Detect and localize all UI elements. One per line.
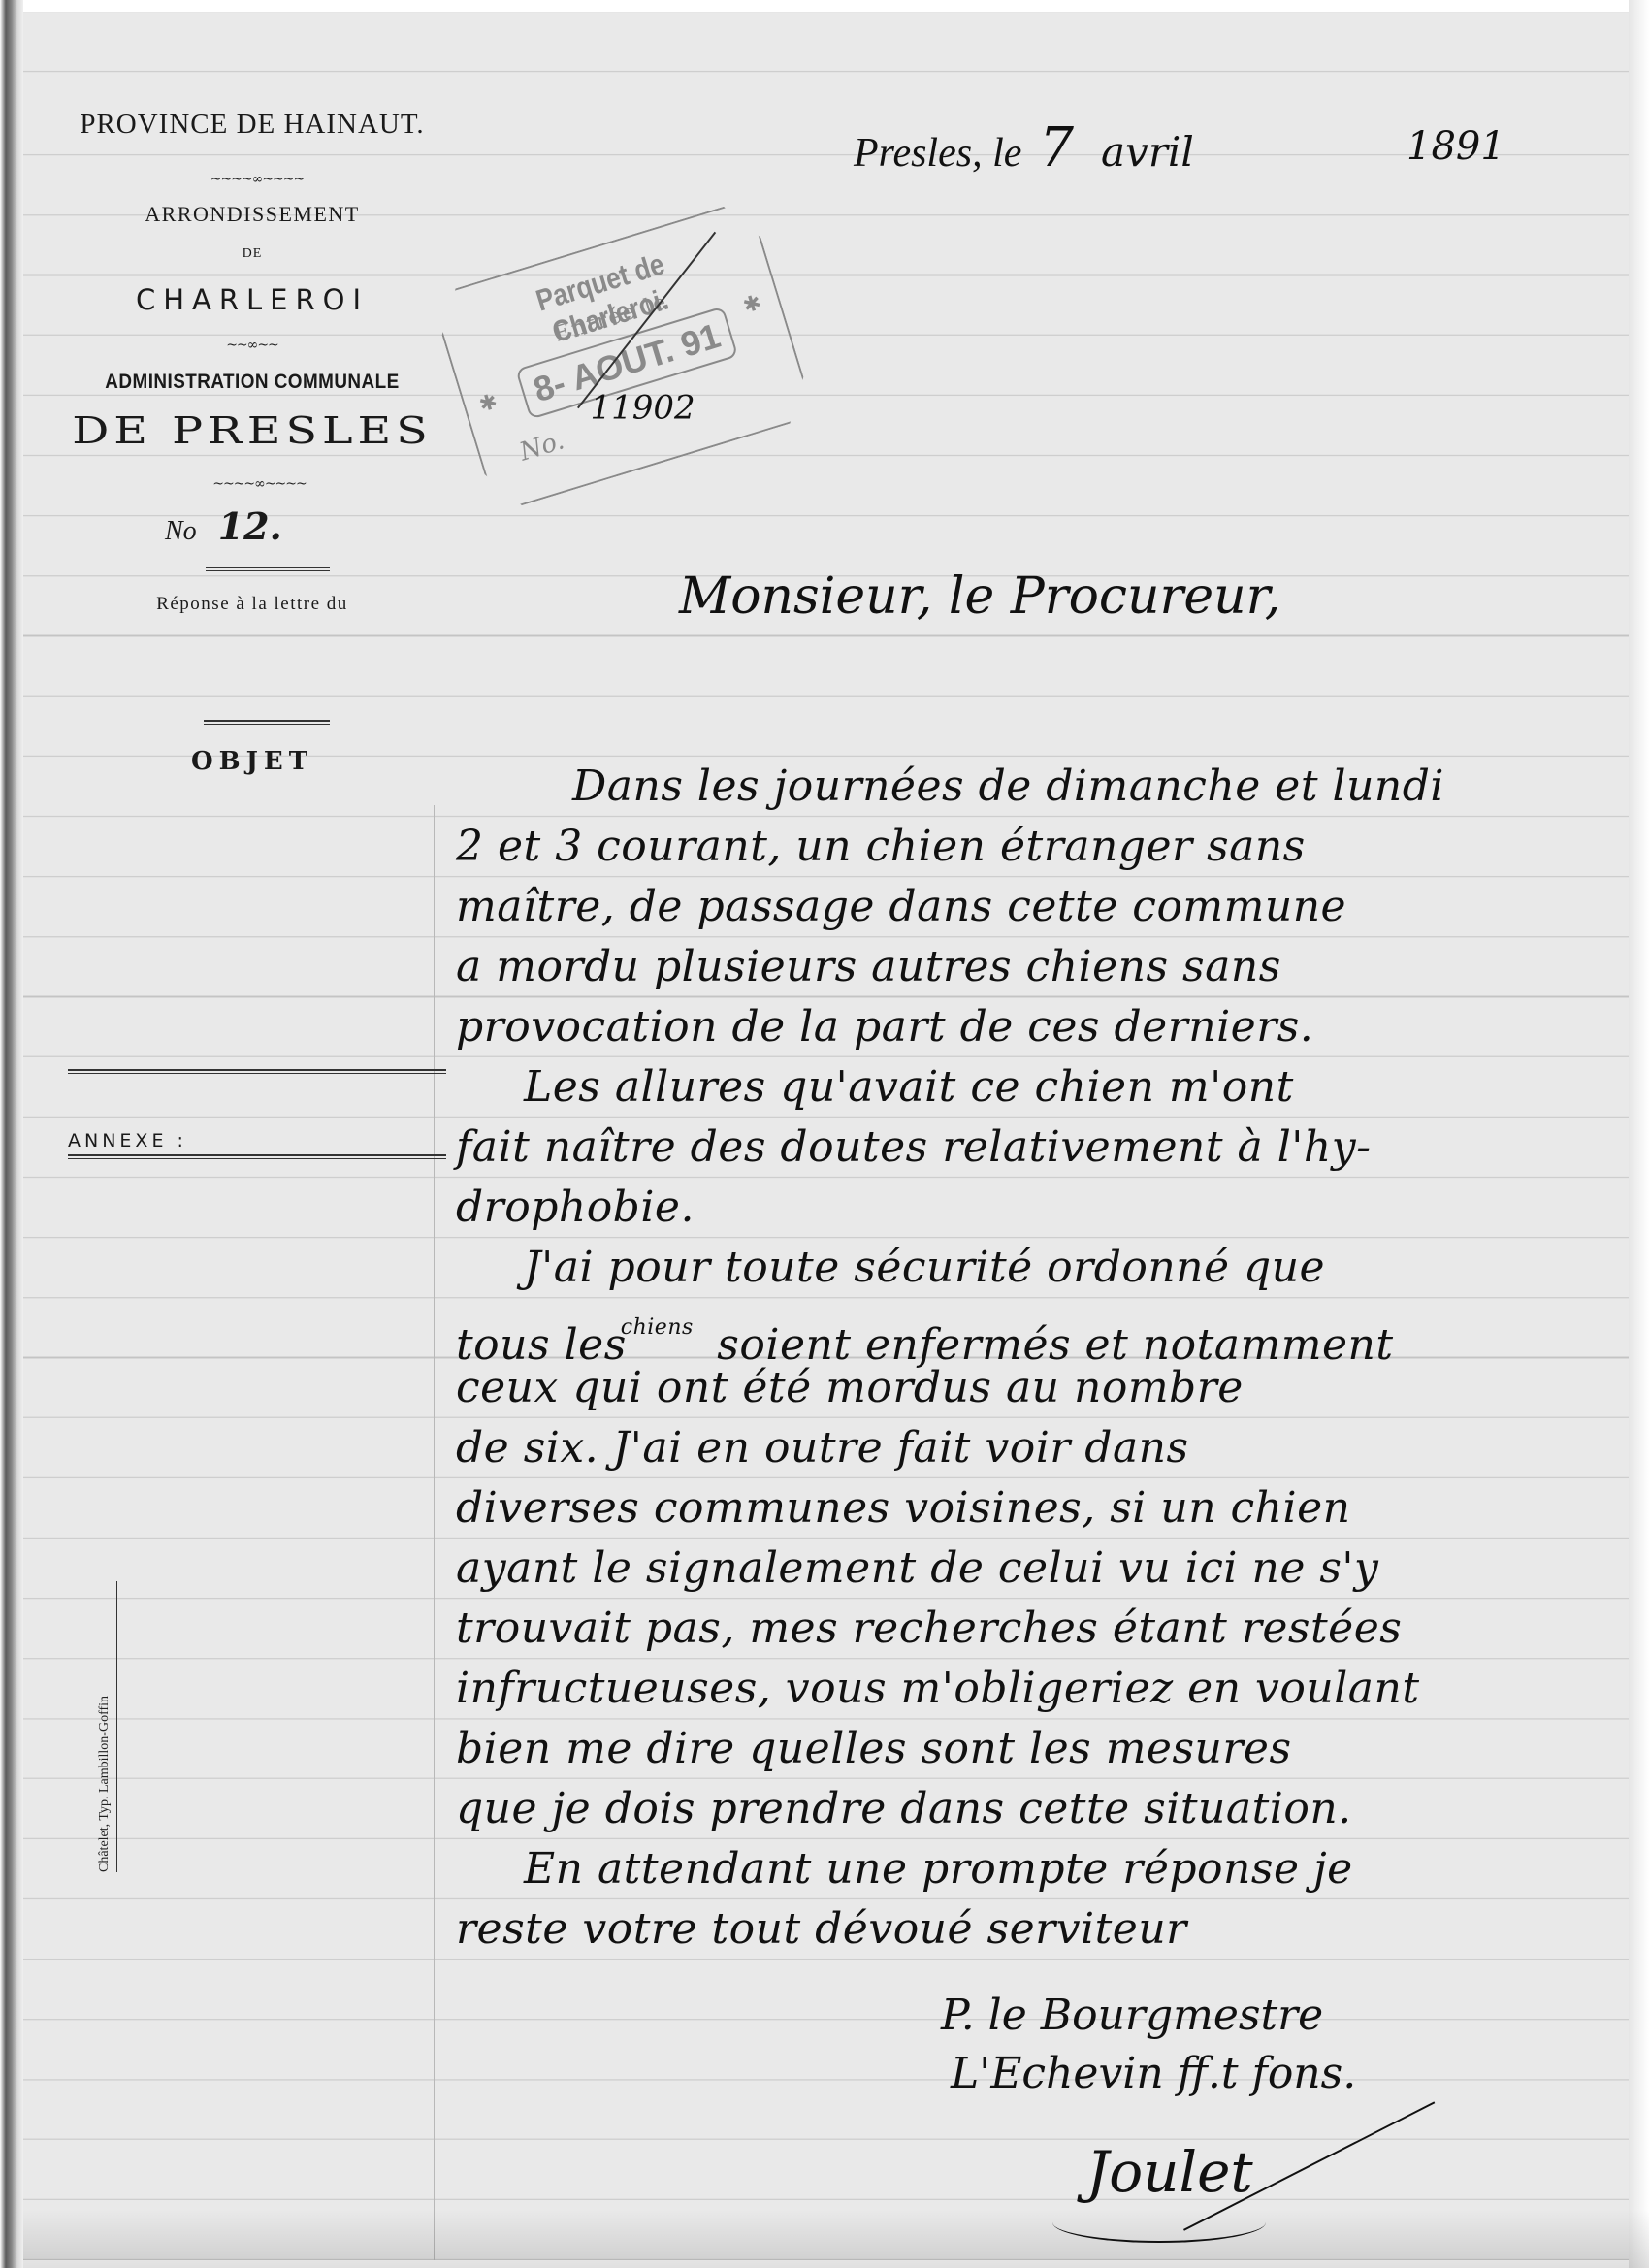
body-line: ayant le signalement de celui vu ici ne … bbox=[456, 1539, 1620, 1599]
letterhead-de: DE bbox=[58, 246, 446, 262]
body-line: maître, de passage dans cette commune bbox=[456, 877, 1620, 937]
body-line: de six. J'ai en outre fait voir dans bbox=[456, 1418, 1620, 1478]
body-line: diverses communes voisines, si un chien bbox=[456, 1478, 1620, 1539]
letterhead-administration: ADMINISTRATION COMMUNALE bbox=[78, 371, 427, 394]
margin-rule bbox=[434, 805, 435, 2260]
date-place: Presles, le bbox=[854, 131, 1021, 176]
double-rule bbox=[68, 1069, 446, 1074]
letterhead-province: PROVINCE DE HAINAUT. bbox=[58, 109, 446, 141]
stamp-number-value: 11902 bbox=[590, 388, 695, 427]
letter-body: Dans les journées de dimanche et lundi 2… bbox=[456, 757, 1620, 1960]
body-line: bien me dire quelles sont les mesures bbox=[456, 1719, 1620, 1779]
flourish-ornament-icon: ~~~~∞~~~~ bbox=[204, 177, 310, 182]
date-year: 1891 bbox=[1406, 124, 1505, 169]
letter-number-value: 12. bbox=[218, 504, 282, 548]
page-bottom-shadow bbox=[23, 2210, 1649, 2268]
body-line: a mordu plusieurs autres chiens sans bbox=[456, 937, 1620, 997]
closing-signatory-role: L'Echevin ff.t fons. bbox=[951, 2049, 1356, 2098]
body-line: trouvait pas, mes recherches étant resté… bbox=[456, 1599, 1620, 1659]
flourish-ornament-icon: ~~~~∞~~~~ bbox=[209, 481, 310, 487]
body-line: tous leschiens soient enfermés et notamm… bbox=[456, 1298, 1620, 1358]
date-line: Presles, le7avril 1891 bbox=[854, 116, 1194, 179]
letterhead-city: CHARLEROI bbox=[58, 283, 446, 316]
body-line: Dans les journées de dimanche et lundi bbox=[456, 757, 1620, 817]
date-day: 7 bbox=[1039, 116, 1074, 179]
body-line: En attendant une prompte réponse je bbox=[456, 1839, 1620, 1899]
body-line: 2 et 3 courant, un chien étranger sans bbox=[456, 817, 1620, 877]
double-rule bbox=[204, 720, 330, 725]
page-binding-edge bbox=[0, 0, 23, 2268]
stamp-number-label: No. bbox=[516, 426, 567, 467]
printer-imprint: Châtelet, Typ. Lambillon-Goffin bbox=[97, 1581, 117, 1872]
body-line: Les allures qu'avait ce chien m'ont bbox=[456, 1057, 1620, 1118]
reply-to-label: Réponse à la lettre du bbox=[58, 594, 446, 615]
signature: Joulet bbox=[1086, 2139, 1253, 2205]
letterhead-commune: DE PRESLES bbox=[10, 409, 495, 452]
body-line: provocation de la part de ces derniers. bbox=[456, 997, 1620, 1057]
body-line: que je dois prendre dans cette situation… bbox=[456, 1779, 1620, 1839]
date-month: avril bbox=[1101, 128, 1194, 176]
double-rule bbox=[206, 567, 330, 571]
star-icon: ✱ bbox=[476, 389, 501, 418]
letter-number-label: No bbox=[165, 516, 197, 546]
body-line: infructueuses, vous m'obligeriez en voul… bbox=[456, 1659, 1620, 1719]
body-line: ceux qui ont été mordus au nombre bbox=[456, 1358, 1620, 1418]
object-label: OBJET bbox=[58, 747, 446, 776]
body-line: fait naître des doutes relativement à l'… bbox=[456, 1118, 1620, 1178]
double-rule bbox=[68, 1154, 446, 1159]
insertion-text: chiens bbox=[621, 1315, 694, 1340]
letterhead-arrondissement: ARRONDISSEMENT bbox=[58, 202, 446, 227]
letter-number: No12. bbox=[165, 504, 282, 548]
body-line: drophobie. bbox=[456, 1178, 1620, 1238]
star-icon: ✱ bbox=[740, 290, 764, 319]
body-line: reste votre tout dévoué serviteur bbox=[456, 1899, 1620, 1960]
salutation: Monsieur, le Procureur, bbox=[679, 567, 1280, 626]
body-line: J'ai pour toute sécurité ordonné que bbox=[456, 1238, 1620, 1298]
flourish-ornament-icon: ~~∞~~ bbox=[213, 342, 291, 348]
closing-title: P. le Bourgmestre bbox=[941, 1991, 1323, 2040]
page-right-edge bbox=[1629, 0, 1649, 2268]
annex-label: ANNEXE : bbox=[68, 1130, 187, 1151]
